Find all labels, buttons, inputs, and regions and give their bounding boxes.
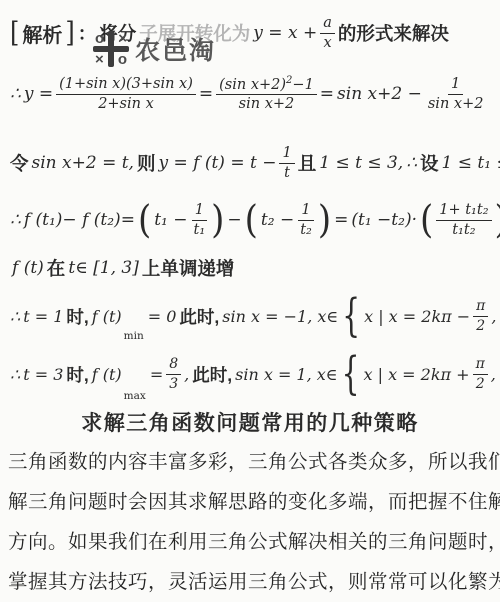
fraction: π 2 <box>473 355 488 392</box>
set-tail: , k∈ Z <box>491 307 500 326</box>
monotonic-text: 上单调递增 <box>142 255 235 281</box>
fraction: 1 t₂ <box>297 201 315 240</box>
therefore-symbol: ∴ <box>10 210 21 230</box>
fraction: a x <box>320 14 335 53</box>
maximum-line: ∴ t = 3 时, f (t)max = 8 3 , 此时, sin x = … <box>10 344 492 404</box>
paragraph-line: 掌握其方法技巧，灵活运用三角公式，则常常可以化繁为简， <box>8 562 492 602</box>
t-value: t = 3 <box>23 365 63 384</box>
paragraph-line: 三角函数的内容丰富多彩，三角公式各类众多，所以我们在求 <box>8 442 492 482</box>
watermark-quadrant: o <box>118 52 127 67</box>
comma: , <box>184 365 189 384</box>
denominator: 3 <box>166 375 181 393</box>
open-paren: ( <box>245 201 258 239</box>
fraction: 1 t <box>279 144 294 183</box>
close-paren: ) <box>318 201 331 239</box>
numerator: (1+sin x)(3+sin x) <box>56 75 196 95</box>
denominator: 2 <box>473 317 488 335</box>
numerator: 1 <box>448 75 463 95</box>
fraction: (1+sin x)(3+sin x) 2+sin x <box>56 75 196 114</box>
interval-expression: t∈ [1, 3] <box>68 258 139 278</box>
open-brace: { <box>342 352 360 397</box>
numerator: 1 <box>279 144 294 164</box>
expression: sin x+2 = t, <box>32 153 134 173</box>
fraction: (sin x+2)2−1 sin x+2 <box>216 74 317 115</box>
numerator: a <box>320 14 335 34</box>
watermark-logo-icon: o × × o <box>92 30 130 68</box>
open-brace: { <box>342 294 360 339</box>
close-paren: ) <box>495 201 500 239</box>
shi-text: 时, <box>66 362 88 387</box>
close-bracket: ] <box>65 19 74 47</box>
equals-sign: = <box>320 84 334 104</box>
denominator: t₁t₂ <box>449 221 478 240</box>
therefore-symbol: ∴ <box>10 365 20 384</box>
shi-text: 时, <box>66 304 88 329</box>
numerator: 8 <box>166 355 181 374</box>
numerator-rest: −1 <box>292 77 313 93</box>
target-form-expression: y = x + <box>253 23 317 43</box>
open-bracket: [ <box>10 19 19 47</box>
intro-tail-text: 的形式来解决 <box>338 20 449 46</box>
cishi-text: 此时, <box>192 362 232 387</box>
set-expression: x | x = 2kπ + <box>363 365 469 384</box>
math-solution-document: o × × o 农邑淘 [ 解析 ] ： 将分 子展开转化为 y = x + a… <box>0 0 500 602</box>
sin-condition: sin x = 1, x∈ <box>235 365 338 384</box>
function-symbol: f (t) <box>92 365 122 384</box>
therefore-symbol: ∴ <box>10 307 20 326</box>
denominator: t₂ <box>297 221 315 240</box>
derivation-line: ∴ y = (1+sin x)(3+sin x) 2+sin x = (sin … <box>10 64 492 124</box>
section-heading: 求解三角函数问题常用的几种策略 <box>8 408 492 440</box>
on-text: 在 <box>47 255 66 281</box>
substitution-line: 令 sin x+2 = t, 则 y = f (t) = t − 1 t 且 1… <box>10 138 492 188</box>
expression: sin x+2 − <box>337 84 422 104</box>
lhs: y = <box>24 84 53 104</box>
fraction: π 2 <box>473 297 488 334</box>
body-paragraph: 三角函数的内容丰富多彩，三角公式各类众多，所以我们在求 解三角问题时会因其求解思… <box>8 442 492 602</box>
denominator: sin x+2 <box>425 95 487 114</box>
let-text: 令 <box>10 150 29 176</box>
difference-line: ∴ f (t₁)− f (t₂)= ( t₁ − 1 t₁ ) − ( t₂ −… <box>10 190 492 250</box>
denominator: t₁ <box>191 221 209 240</box>
watermark-quadrant: × <box>118 31 127 46</box>
sin-condition: sin x = −1, x∈ <box>222 307 338 326</box>
fraction: 1 sin x+2 <box>425 75 487 114</box>
cishi-text: 此时, <box>179 304 219 329</box>
lhs: f (t₁)− f (t₂)= <box>24 210 135 230</box>
paragraph-line: 方向。如果我们在利用三角公式解决相关的三角问题时，能够 <box>8 522 492 562</box>
and-text: 且 <box>298 150 317 176</box>
analysis-intro-line: [ 解析 ] ： 将分 子展开转化为 y = x + a x 的形式来解决 <box>10 6 492 60</box>
function-symbol: f (t) <box>12 258 44 278</box>
set-tail: , k∈ Z <box>491 365 500 384</box>
open-paren: ( <box>138 201 151 239</box>
paragraph-line: 解三角问题时会因其求解思路的变化多端，而把握不住解题的 <box>8 482 492 522</box>
t-value: t = 1 <box>23 307 63 326</box>
numerator: 1 <box>192 201 207 221</box>
term: t₁ − <box>154 210 187 230</box>
function-symbol: f (t) <box>92 307 122 326</box>
min-subscript: min <box>124 330 144 342</box>
minimum-line: ∴ t = 1 时, f (t)min = 0 此时, sin x = −1, … <box>10 288 492 344</box>
minus-sign: − <box>227 210 241 230</box>
close-paren: ) <box>211 201 224 239</box>
numerator: (sin x+2)2−1 <box>216 74 317 96</box>
therefore-symbol: ∴ <box>10 84 21 104</box>
max-subscript: max <box>124 390 146 402</box>
fraction: 1+ t₁t₂ t₁t₂ <box>436 201 491 240</box>
equals-value: = 0 <box>148 307 177 326</box>
t-range-expression: 1 ≤ t₁ ≤ t₂ ≤ 3 <box>442 153 500 173</box>
watermark: o × × o 农邑淘 <box>92 30 216 68</box>
fraction: 8 3 <box>166 355 181 392</box>
denominator: 2+sin x <box>95 95 157 114</box>
product-term: (t₁ −t₂)· <box>351 210 417 230</box>
numerator-base: (sin x+2) <box>219 77 286 93</box>
term: t₂ − <box>261 210 294 230</box>
watermark-quadrant: o <box>95 31 104 46</box>
numerator: 1 <box>298 201 313 221</box>
equals-sign: = <box>150 365 163 384</box>
denominator: 2 <box>473 375 488 393</box>
watermark-brand-text: 农邑淘 <box>135 31 216 67</box>
fraction: 1 t₁ <box>191 201 209 240</box>
denominator: sin x+2 <box>236 95 298 114</box>
numerator: π <box>473 355 488 374</box>
therefore-symbol: ∴ <box>406 153 417 173</box>
numerator: π <box>473 297 488 316</box>
range-expression: 1 ≤ t ≤ 3, <box>319 153 403 173</box>
function-definition: y = f (t) = t − <box>158 153 276 173</box>
equals-sign: = <box>199 84 213 104</box>
then-text: 则 <box>137 150 156 176</box>
open-paren: ( <box>420 201 433 239</box>
denominator: t <box>281 164 293 183</box>
monotonic-line: f (t) 在 t∈ [1, 3] 上单调递增 <box>12 252 492 284</box>
denominator: x <box>320 34 334 53</box>
set-expression: x | x = 2kπ − <box>364 307 470 326</box>
analysis-label: 解析 <box>22 19 62 48</box>
numerator: 1+ t₁t₂ <box>436 201 491 221</box>
equals-sign: = <box>334 210 348 230</box>
watermark-quadrant: × <box>95 52 104 67</box>
set-text: 设 <box>420 150 439 176</box>
